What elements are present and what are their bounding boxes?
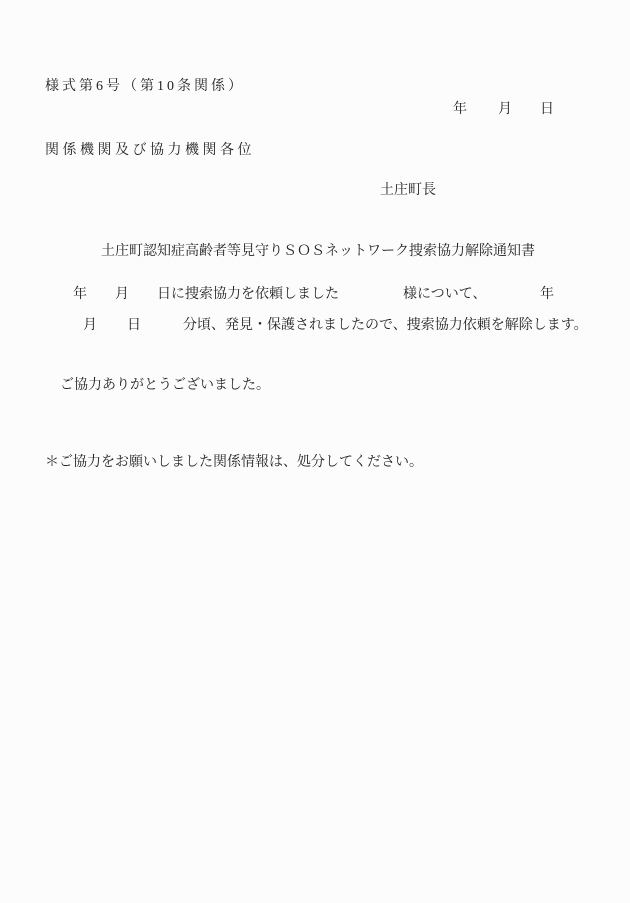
body-line1-name-suffix: 様について、 <box>403 287 486 303</box>
document-page: 様式第6号（第10条関係） 年 月 日 関係機関及び協力機関各位 土庄町長 土庄… <box>0 0 630 903</box>
recipient-line: 関係機関及び協力機関各位 <box>45 143 255 159</box>
body-line1-request-phrase: 日に捜索協力を依頼しました <box>157 287 339 303</box>
date-year-label: 年 <box>453 102 467 118</box>
body-line2-month-label: 月 <box>83 318 97 334</box>
body-line1-month-label: 月 <box>115 287 129 303</box>
body-line1-year-label: 年 <box>73 287 87 303</box>
body-line2-day-label: 日 <box>127 318 141 334</box>
sender-name: 土庄町長 <box>380 183 436 199</box>
form-number: 様式第6号（第10条関係） <box>45 79 245 95</box>
date-month-label: 月 <box>498 102 512 118</box>
date-day-label: 日 <box>540 102 554 118</box>
body-line2-release-phrase: 分頃、発見・保護されましたので、捜索協力依頼を解除します。 <box>183 318 588 334</box>
thanks-line: ご協力ありがとうございました。 <box>60 378 270 394</box>
body-line1-year2-label: 年 <box>540 287 554 303</box>
disposal-note: ＊ご協力をお願いしました関係情報は、処分してください。 <box>45 455 423 471</box>
document-title: 土庄町認知症高齢者等見守りＳＯＳネットワーク捜索協力解除通知書 <box>101 244 535 260</box>
